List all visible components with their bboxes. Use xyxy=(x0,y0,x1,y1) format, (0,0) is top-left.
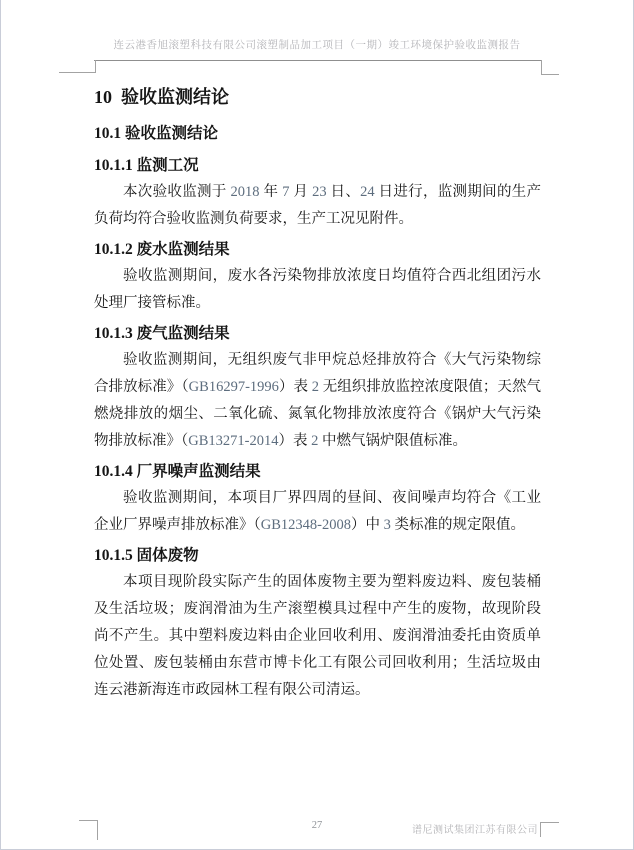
subsection-paragraph: 验收监测期间，废水各污染物排放浓度日均值符合西北组团污水处理厂接管标准。 xyxy=(94,263,541,317)
subsection-paragraph: 本项目现阶段实际产生的固体废物主要为塑料废边料、废包装桶及生活垃圾；废润滑油为生… xyxy=(94,569,541,704)
subsection-heading: 10.1.1 监测工况 xyxy=(94,153,541,179)
subsection-heading: 10.1.5 固体废物 xyxy=(94,543,541,569)
section-heading: 10.1 验收监测结论 xyxy=(94,122,541,146)
subsection-wastewater-results: 10.1.2 废水监测结果 验收监测期间，废水各污染物排放浓度日均值符合西北组团… xyxy=(94,237,541,317)
page-header-title: 连云港香旭滚塑科技有限公司滚塑制品加工项目（一期）竣工环境保护验收监测报告 xyxy=(1,37,633,52)
document-page: 连云港香旭滚塑科技有限公司滚塑制品加工项目（一期）竣工环境保护验收监测报告 10… xyxy=(0,0,634,850)
crop-mark-top-left xyxy=(59,60,96,73)
chapter-heading: 10 验收监测结论 xyxy=(94,85,541,109)
header-rule xyxy=(94,60,541,61)
footer-company-name: 谱尼测试集团江苏有限公司 xyxy=(412,821,538,836)
subsection-paragraph: 本次验收监测于 2018 年 7 月 23 日、24 日进行，监测期间的生产负荷… xyxy=(94,179,541,233)
subsection-heading: 10.1.2 废水监测结果 xyxy=(94,237,541,263)
subsection-boundary-noise-results: 10.1.4 厂界噪声监测结果 验收监测期间，本项目厂界四周的昼间、夜间噪声均符… xyxy=(94,459,541,539)
subsection-solid-waste: 10.1.5 固体废物 本项目现阶段实际产生的固体废物主要为塑料废边料、废包装桶… xyxy=(94,543,541,704)
crop-mark-top-right xyxy=(541,60,559,75)
page-number: 27 xyxy=(1,820,633,831)
subsection-paragraph: 验收监测期间，无组织废气非甲烷总烃排放符合《大气污染物综合排放标准》（GB162… xyxy=(94,347,541,455)
subsection-heading: 10.1.3 废气监测结果 xyxy=(94,321,541,347)
subsection-paragraph: 验收监测期间，本项目厂界四周的昼间、夜间噪声均符合《工业企业厂界噪声排放标准》（… xyxy=(94,485,541,539)
subsection-monitoring-conditions: 10.1.1 监测工况 本次验收监测于 2018 年 7 月 23 日、24 日… xyxy=(94,153,541,233)
subsection-exhaust-gas-results: 10.1.3 废气监测结果 验收监测期间，无组织废气非甲烷总烃排放符合《大气污染… xyxy=(94,321,541,455)
document-body: 10 验收监测结论 10.1 验收监测结论 10.1.1 监测工况 本次验收监测… xyxy=(94,85,541,704)
subsection-heading: 10.1.4 厂界噪声监测结果 xyxy=(94,459,541,485)
